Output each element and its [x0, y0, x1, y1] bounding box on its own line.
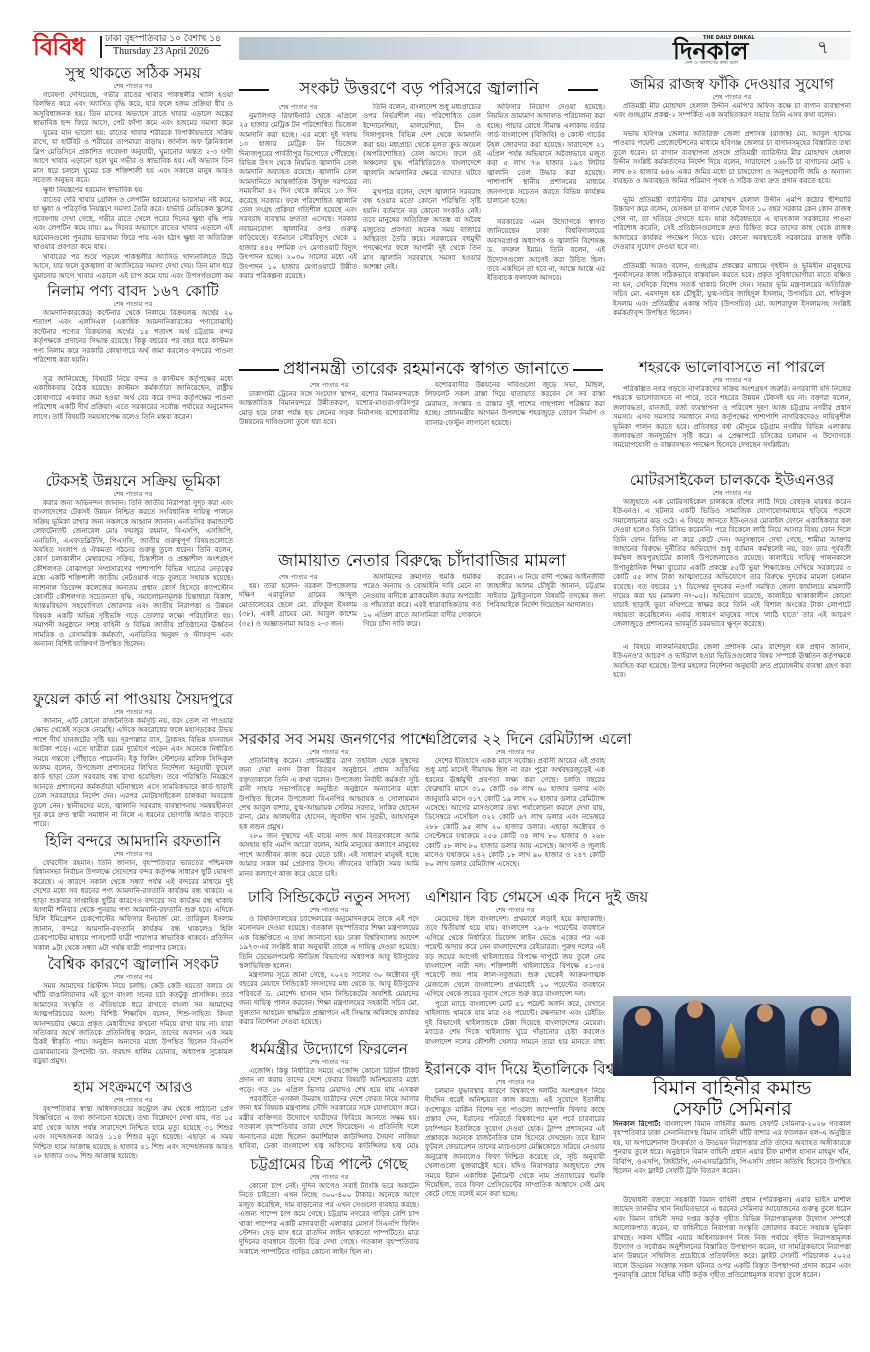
article-body: দেশের ইতিহাসে একক মাসে সর্বোচ্চ। প্রবাসী… — [425, 757, 605, 879]
news-photo — [613, 996, 851, 1076]
headline: ঢাবি সিন্ডিকেটে নতুন সদস্য — [239, 889, 419, 906]
article-hili: হিলি বন্দরে আমদানি রফতানি শেষ পাতার পর ফ… — [33, 833, 233, 954]
paper-tagline: দেশ ও জনগণের কথা বলে — [685, 60, 738, 68]
article-sonkot-col1: শেষ পাতার পর নুমালিগড় রিফাইনারি থেকে এপ… — [239, 103, 357, 358]
continued-label: শেষ পাতার পর — [239, 1058, 419, 1067]
headline: ইরানকে বাদ দিয়ে ইতালিকে বিশ্বকাপে — [425, 1061, 605, 1078]
article-body: করেন। এ নিয়ে বাদী পক্ষের আইনজীবী জাহাঙ্… — [487, 573, 605, 723]
article-jamaat-col1: শেষ পাতার পর হয়। তারা হলেন- বরকল উপজেলা… — [239, 573, 357, 723]
continued-label: শেষ পাতার পর — [33, 1096, 233, 1105]
headline: এশিয়ান বিচ গেমসে এক দিনে দুই জয় — [425, 889, 605, 906]
continued-label: শেষ পাতার পর — [425, 906, 605, 915]
headline-rule — [573, 369, 603, 371]
article-body: চলমান যুদ্ধাবস্থার কারণে বিশ্বকাপে দলটির… — [425, 1087, 605, 1282]
right-column: জমির রাজস্ব ফাঁকি দেওয়ার সুযোগ শেষ পাতা… — [613, 76, 851, 736]
masthead: বিবিধ ঢাকা বৃহস্পতিবার ১০ বৈশাখ ১৪৩৩ Thu… — [33, 31, 851, 59]
continued-label: শেষ পাতার পর — [33, 973, 233, 982]
article-body: মুখপাত্র বলেন, দেশে জ্বালানি সরবরাহ বন্ধ… — [363, 188, 481, 358]
article-body: পরিকল্পিত নগর গড়তে নাগরিকদের সক্রিয় অং… — [613, 385, 851, 470]
continued-label: শেষ পাতার পর — [33, 490, 233, 499]
article-body: এজেন্সি। কিন্তু নির্ধারিত সময়ে এজেন্সি … — [239, 1067, 419, 1095]
article-body: জানান, এটি কোনো রাজনৈতিক কর্মসূচি নয়, ব… — [33, 717, 233, 831]
article-body: নুমালিগড় রিফাইনারি থেকে এপ্রিলে ২৫ হাজা… — [239, 112, 357, 357]
headline: ধর্মমন্ত্রীর উদ্যোগে ফিরলেন — [239, 1041, 419, 1058]
article-dhabi: ঢাবি সিন্ডিকেটে নতুন সদস্য শেষ পাতার পর … — [239, 889, 419, 1039]
article-body: ঘুমের মান ভালো হয়: রাতের খাবার শরীরকে ব… — [33, 129, 233, 186]
article-body: সূত্র জানিয়েছে, বিষয়টি নিয়ে বন্দর ও ক… — [33, 375, 233, 471]
headline: ফুয়েল কার্ড না পাওয়ায় সৈয়দপুরে — [33, 691, 233, 708]
article-body: ঢাকাগামী ট্রেনের সঙ্গে সংযোগ স্থাপন, যশো… — [239, 390, 419, 540]
continued-label: শেষ পাতার পর — [33, 82, 233, 91]
photo-person-head — [811, 1008, 827, 1026]
article-prodhanmontri-col2: যশোরবাসীর উন্নয়নের দাবিগুলো জুড়ে সভা, … — [425, 381, 605, 541]
article-body: প্রতিনিধিত্ব করেন। প্রধানমন্ত্রীর ত্রাণ … — [239, 757, 419, 832]
headline: হাম সংক্রমণে আরও — [33, 1079, 233, 1096]
article-body: কোনো চাপ নেই। দুদিন আগেও সবাই ট্যাংকি ভর… — [239, 1182, 419, 1277]
article-body: আমদানিকারকের) কন্টেনার থেকে নিলামে বিক্র… — [33, 309, 233, 375]
article-iran: ইরানকে বাদ দিয়ে ইতালিকে বিশ্বকাপে শেষ প… — [425, 1061, 605, 1286]
article-body: উদ্বোধনী বক্তব্যে সহকারী বিমান বাহিনী প্… — [613, 1196, 851, 1291]
article-body: তিনি বলেন, বাংলাদেশ শুধু মধ্যপ্রাচ্যের ও… — [363, 103, 481, 188]
article-body: প্রতিমন্ত্রী আরও বলেন, গুচ্ছগ্রাম প্রকল্… — [613, 262, 851, 357]
headline-line1: বিমান বাহিনীর কমান্ড — [613, 1078, 851, 1099]
article-body: সময় আমাদের খ্রিস্টাব্দ নিয়ে চলছি। কেউ … — [33, 982, 233, 1077]
continued-label: শেষ পাতার পর — [239, 573, 357, 582]
article-jamaat-col2: অসামিদের ক্রমাগত হুমকি ধমকির পরেও অন্যায… — [363, 573, 481, 723]
left-column: সুস্থ থাকতে সঠিক সময় শেষ পাতার পর গবেষণ… — [33, 65, 233, 1325]
article-sonkot-col3: অফিসার নিয়োগ দেওয়া হয়েছে। নিয়মিত ভ্র… — [487, 103, 605, 358]
article-sustho: সুস্থ থাকতে সঠিক সময় শেষ পাতার পর গবেষণ… — [33, 65, 233, 281]
article-body: পুরো ম্যাচে বাংলাদেশ মোট ৫১ পয়েন্ট অর্জ… — [425, 1000, 605, 1048]
continued-label: শেষ পাতার পর — [239, 1173, 419, 1182]
article-body: অফিসার নিয়োগ দেওয়া হয়েছে। নিয়মিত ভ্র… — [487, 103, 605, 218]
article-biman: বিমান বাহিনীর কমান্ড সেফটি সেমিনার দিনকা… — [613, 1078, 851, 1293]
article-prodhanmontri-col1: শেষ পাতার পর ঢাকাগামী ট্রেনের সঙ্গে সংযো… — [239, 381, 419, 541]
continued-label: শেষ পাতার পর — [33, 300, 233, 309]
headline: বৈশ্বিক কারণে জ্বালানি সংকট — [33, 956, 233, 973]
article-body: প্রতিমন্ত্রী মীর মোহাম্মদ হেলাল উদ্দীন এ… — [613, 102, 851, 130]
article-body: গবেষণা দেখিয়েছে, গভীর রাতের খাবার পাকস্… — [33, 91, 233, 129]
headline-rule — [568, 89, 598, 91]
article-body: করার জন্য অভিনন্দন জানান। তিনি জাতীয় নি… — [33, 499, 233, 689]
article-sorkar: সরকার সব সময় জনগণের পাশে শেষ পাতার পর প… — [239, 731, 419, 881]
continued-label: শেষ পাতার পর — [613, 93, 851, 102]
article-jamaat-col3: করেন। এ নিয়ে বাদী পক্ষের আইনজীবী জাহাঙ্… — [487, 573, 605, 723]
article-jomi: জমির রাজস্ব ফাঁকি দেওয়ার সুযোগ শেষ পাতা… — [613, 76, 851, 357]
continued-label: শেষ পাতার পর — [33, 850, 233, 859]
article-subhead: ক্ষুধা নিয়ন্ত্রণের হরমোন স্বাভাবিক হয় — [33, 186, 233, 196]
article-body: যশোরবাসীর উন্নয়নের দাবিগুলো জুড়ে সভা, … — [425, 381, 605, 541]
article-body: দিনকাল রিপোর্ট: বাংলাদেশ বিমান বাহিনীর ক… — [613, 1120, 851, 1196]
article-dhormo: ধর্মমন্ত্রীর উদ্যোগে ফিরলেন শেষ পাতার পর… — [239, 1041, 419, 1151]
headline-jamaat: জামায়াত নেতার বিরুদ্ধে চাঁদাবাজির মামলা — [239, 551, 605, 571]
headline: চট্টগ্রামের চিত্র পাল্টে গেছে — [239, 1156, 419, 1173]
article-body-text: বাংলাদেশ বিমান বাহিনীর কমান্ড সেফটি সেমি… — [613, 1120, 851, 1175]
continued-label: শেষ পাতার পর — [425, 748, 605, 757]
headline: সুস্থ থাকতে সঠিক সময় — [33, 65, 233, 82]
continued-label: শেষ পাতার পর — [239, 748, 419, 757]
masthead-band — [239, 37, 851, 60]
article-sonkot-col2: তিনি বলেন, বাংলাদেশ শুধু মধ্যপ্রাচ্যের ও… — [363, 103, 481, 358]
photo-person-head — [757, 1004, 773, 1022]
article-nilam: নিলাম পণ্য বাবদ ১৬৭ কোটি শেষ পাতার পর আম… — [33, 283, 233, 471]
headline: জমির রাজস্ব ফাঁকি দেওয়ার সুযোগ — [613, 76, 851, 93]
page-number: ৭ — [817, 37, 829, 59]
headline: এপ্রিলের ২২ দিনে রেমিট্যান্স এলো — [425, 731, 605, 748]
article-body: ভূমি প্রতিমন্ত্রী ব্যারিস্টার মীর মোহাম্… — [613, 196, 851, 262]
article-body: মেয়েদের ছিল বাংলাদেশ। প্রথমার্ধে লড়াই … — [425, 915, 605, 1000]
article-teksoi: টেকসই উন্নয়নে সক্রিয় ভূমিকা শেষ পাতার … — [33, 473, 233, 689]
article-boishwik: বৈশ্বিক কারণে জ্বালানি সংকট শেষ পাতার পর… — [33, 956, 233, 1077]
photo-person-head — [635, 1008, 651, 1026]
article-body: খাবারের পর শুয়ে পড়লে পাকস্থলীর অ্যাসিড… — [33, 253, 233, 281]
headline: শহরকে ভালোবাসতে না পারলে — [613, 359, 851, 376]
masthead-divider — [100, 36, 102, 58]
article-body: রাতের দেরি খাবার গ্রেলিন ও লেপটিন হরমোনে… — [33, 196, 233, 253]
article-body: ও বিশ্ববিদ্যালয়ের চ্যান্সেলরের অনুমোদনক… — [239, 915, 419, 971]
article-body: পরবর্তীতে এসকল উমরাহ যাত্রীদের দেশে ফেরত… — [239, 1095, 419, 1151]
article-remittance: এপ্রিলের ২২ দিনে রেমিট্যান্স এলো শেষ পাত… — [425, 731, 605, 881]
article-body: সভায় হবিগঞ্জ জেলার অতিরিক্ত জেলা প্রশাস… — [613, 130, 851, 196]
headline: মোটরসাইকেল চালককে ইউএনওর — [613, 472, 851, 489]
article-body: অজুহাতে এক মোটরসাইকেল চালককে বাঁশের লাঠি… — [613, 498, 851, 643]
headline: সরকার সব সময় জনগণের পাশে — [239, 731, 419, 748]
article-shohor: শহরকে ভালোবাসতে না পারলে শেষ পাতার পর পর… — [613, 359, 851, 470]
article-body: হয়। তারা হলেন- বরকল উপজেলার দক্ষিণ এরাব… — [239, 582, 357, 722]
headline: টেকসই উন্নয়নে সক্রিয় ভূমিকা — [33, 473, 233, 490]
headline: নিলাম পণ্য বাবদ ১৬৭ কোটি — [33, 283, 233, 300]
headline-line2: সেফটি সেমিনার — [613, 1099, 851, 1120]
article-fuel: ফুয়েল কার্ড না পাওয়ায় সৈয়দপুরে শেষ প… — [33, 691, 233, 831]
headline-sonkot: সংকট উত্তরণে বড় পরিসরে জ্বালানি — [269, 79, 569, 99]
article-chottogram: চট্টগ্রামের চিত্র পাল্টে গেছে শেষ পাতার … — [239, 1156, 419, 1286]
headline-rule — [239, 369, 279, 371]
continued-label: শেষ পাতার পর — [613, 376, 851, 385]
article-body: অসামিদের ক্রমাগত হুমকি ধমকির পরেও অন্যায… — [363, 573, 481, 723]
article-body: ফেরদৌস রহমান। তিনি জানান, বৃহস্পতিবার ভা… — [33, 859, 233, 954]
continued-label: শেষ পাতার পর — [239, 906, 419, 915]
continued-label: শেষ পাতার পর — [425, 1078, 605, 1087]
article-body: বৃহস্পতিবার স্বাস্থ্য অধিদফতরের কন্ট্রোল… — [33, 1105, 233, 1171]
article-ham: হাম সংক্রমণে আরও শেষ পাতার পর বৃহস্পতিবা… — [33, 1079, 233, 1171]
byline: দিনকাল রিপোর্ট: — [613, 1120, 661, 1128]
headline-rule — [239, 89, 269, 91]
headline: হিলি বন্দরে আমদানি রফতানি — [33, 833, 233, 850]
newspaper-page: বিবিধ ঢাকা বৃহস্পতিবার ১০ বৈশাখ ১৪৩৩ Thu… — [33, 31, 851, 1331]
article-beach: এশিয়ান বিচ গেমসে এক দিনে দুই জয় শেষ পা… — [425, 889, 605, 1059]
photo-person-head — [687, 1000, 703, 1018]
date-english: Thursday 23 April 2026 — [113, 46, 209, 58]
continued-label: শেষ পাতার পর — [33, 708, 233, 717]
section-name: বিবিধ — [33, 33, 84, 61]
article-body: এ বিষয়ে লালমনিরহাটের জেলা প্রশাসক মোঃ র… — [613, 643, 851, 681]
article-body: ২৮০ জন দুস্থদের এই মাঝে নগদ অর্থ বিতরণকা… — [239, 832, 419, 880]
article-body: মন্ত্রণালয় সূত্রে জানা গেছে, ২০২৪ সালের… — [239, 971, 419, 1037]
date-bengali: ঢাকা বৃহস্পতিবার ১০ বৈশাখ ১৪৩৩ — [105, 34, 221, 46]
trophy-icon — [721, 1022, 741, 1058]
continued-label: শেষ পাতার পর — [239, 381, 419, 390]
headline-prodhanmontri: প্রধানমন্ত্রী তারেক রহমানকে স্বাগত জানাত… — [279, 359, 573, 379]
article-uno: মোটরসাইকেল চালককে ইউএনওর শেষ পাতার পর অজ… — [613, 472, 851, 681]
continued-label: শেষ পাতার পর — [613, 489, 851, 498]
article-body: সরকারের এমন উদ্যোগকে স্বাগত জানিয়েছেন ঢ… — [487, 218, 605, 358]
continued-label: শেষ পাতার পর — [239, 103, 357, 112]
